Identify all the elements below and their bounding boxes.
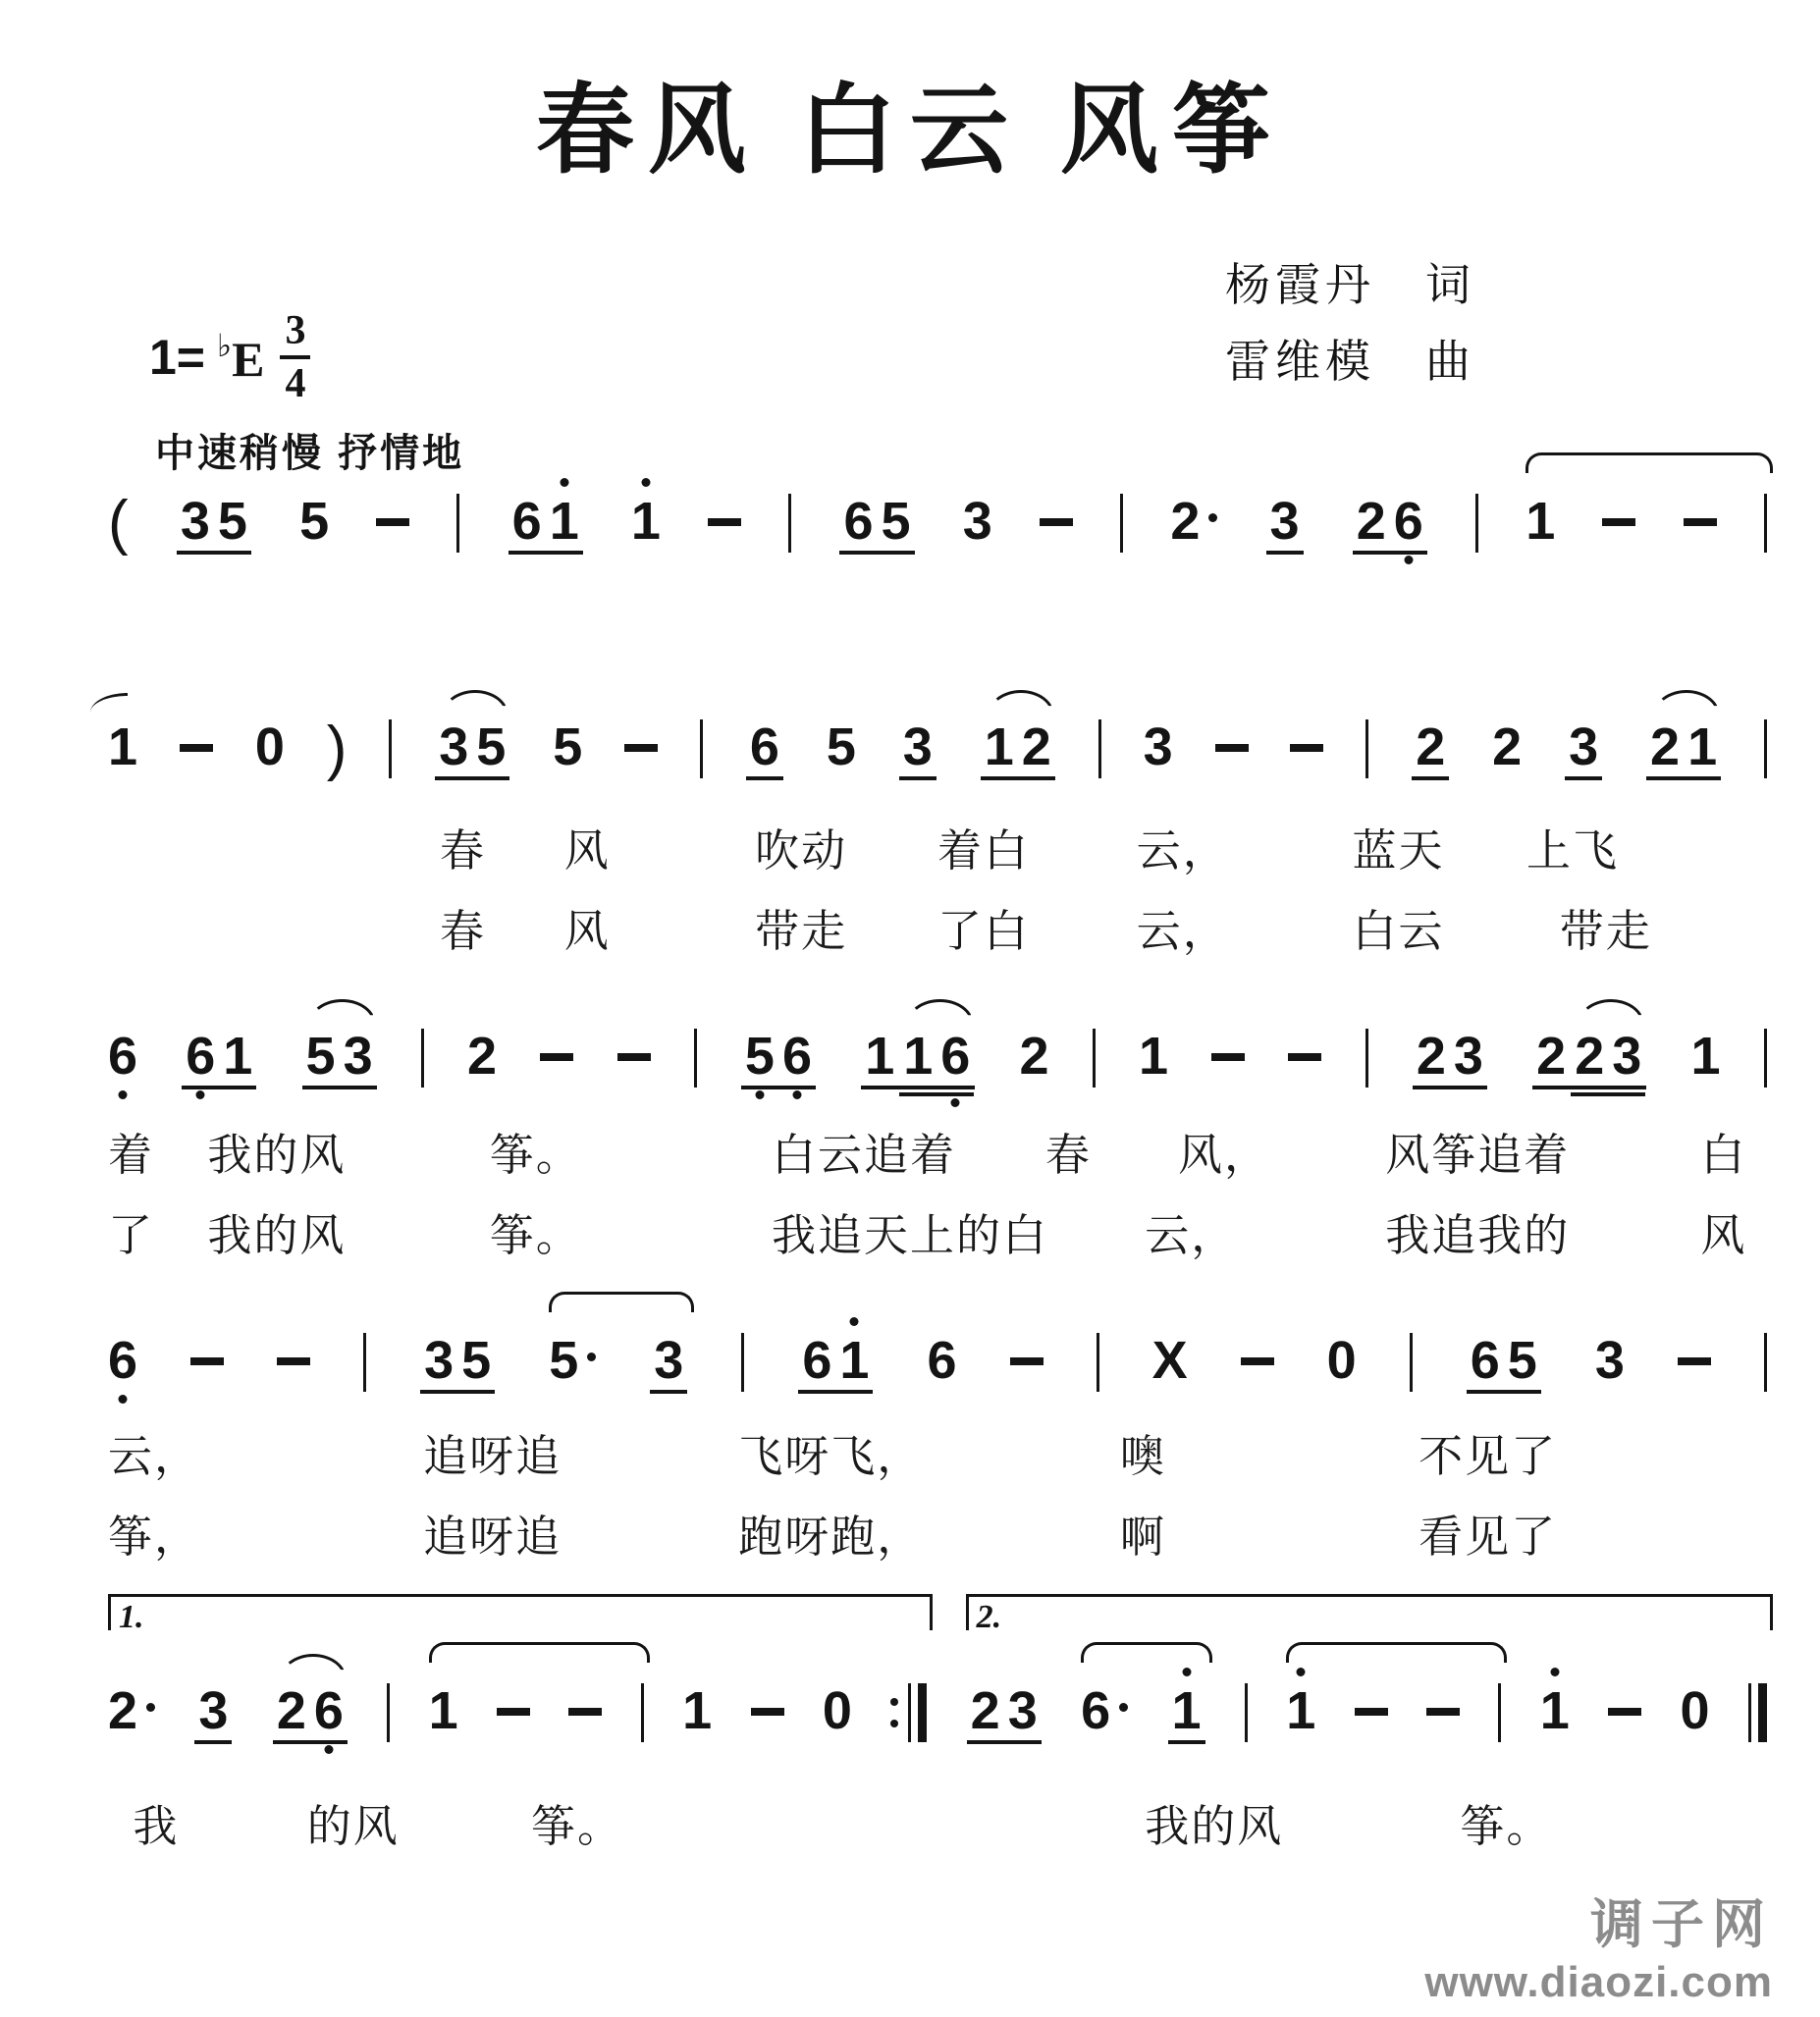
beam-group: 6 [745, 719, 784, 774]
lyrics-line2-verse2: 春风带走了白云，白云带走 [108, 903, 1767, 960]
note: 2 [1417, 1029, 1446, 1084]
rest-note: 0 [1681, 1683, 1710, 1738]
lyric-word: 我的风 [1145, 1798, 1283, 1855]
duration-dash [624, 744, 658, 752]
barline [1764, 1333, 1767, 1392]
octave-dot-below [792, 1090, 801, 1099]
lyrics-line3-verse2: 了我的风筝。我追天上的白云，我追我的风 [108, 1207, 1767, 1264]
meter-denominator: 4 [280, 359, 310, 405]
note: 1 [903, 1029, 933, 1084]
note: 1 [1687, 719, 1717, 774]
composer-credit: 雷维模 曲 [1225, 324, 1475, 400]
note: 3 [198, 1683, 228, 1738]
duration-dash [1040, 518, 1073, 526]
beam-group: 3 [649, 1333, 688, 1388]
note: 6 [927, 1333, 956, 1388]
note: 1 [429, 1683, 458, 1738]
beam-group: 23 [1570, 1029, 1646, 1084]
lyric-word: 我追我的 [1385, 1207, 1570, 1264]
lyrics-line4-verse1: 云，追呀追飞呀飞，噢不见了 [108, 1428, 1767, 1485]
note: 5 [553, 719, 582, 774]
beam-group: 26 [1352, 494, 1428, 549]
beam-group: 3 [1265, 494, 1305, 549]
note: 6 [186, 1029, 215, 1084]
note: 2 [108, 1683, 155, 1738]
key-prefix: 1= [149, 329, 205, 386]
octave-dot-above [641, 478, 650, 487]
note: 1 [108, 719, 137, 774]
slur [429, 1642, 650, 1663]
note: 2 [1170, 494, 1217, 549]
lyric-word: 风 [564, 823, 611, 879]
barline [1764, 1029, 1767, 1088]
barline [1764, 494, 1767, 553]
final-barline [1748, 1683, 1767, 1742]
note: 3 [181, 494, 210, 549]
lyric-word: 追呀追 [423, 1509, 562, 1566]
barline [1093, 1029, 1096, 1088]
lyric-word: 筝。 [531, 1798, 623, 1855]
lyrics-line4-verse2: 筝，追呀追跑呀跑，啊看见了 [108, 1509, 1767, 1566]
lyric-word: 了白 [937, 903, 1030, 960]
note: 1 [839, 1333, 869, 1388]
augmentation-dot [1208, 513, 1217, 522]
lyric-word: 筝。 [490, 1207, 582, 1264]
note: 2 [467, 1029, 497, 1084]
note: 2 [1650, 719, 1680, 774]
lyric-word: 风筝追着 [1385, 1127, 1570, 1184]
duration-dash [1426, 1708, 1460, 1716]
barline [694, 1029, 697, 1088]
lyric-word: 上飞 [1526, 823, 1619, 879]
time-signature: 3 4 [280, 309, 310, 405]
octave-dot-above [560, 478, 568, 487]
beam-group: 35 [434, 719, 510, 774]
note: 2 [1575, 1029, 1604, 1084]
note: 1 [682, 1683, 712, 1738]
lyric-word: 着白 [937, 823, 1030, 879]
x-note: X [1152, 1333, 1188, 1388]
note: 3 [1454, 1029, 1483, 1084]
duration-dash [751, 1708, 784, 1716]
note: 3 [1612, 1029, 1641, 1084]
note: 6 [1081, 1683, 1128, 1738]
barline [363, 1333, 366, 1392]
barline [389, 719, 392, 778]
barline [788, 494, 791, 553]
lyric-word: 云， [1145, 1207, 1237, 1264]
slur [988, 690, 1054, 716]
note: 5 [1508, 1333, 1537, 1388]
volta-label: 1. [119, 1599, 144, 1636]
note: 5 [306, 1029, 336, 1084]
beam-group: 35 [176, 494, 252, 549]
note: 5 [882, 494, 911, 549]
music-line-2: 10)35565312322321 [108, 672, 1767, 778]
beam-group: 21 [1645, 719, 1722, 774]
lyric-word: 春 [1045, 1127, 1092, 1184]
note: 2 [971, 1683, 1000, 1738]
sheet-music-page: 春风 白云 风筝 杨霞丹 词 雷维模 曲 1= ♭E 3 4 中速稍慢 抒情地 … [0, 0, 1820, 2017]
note: 3 [903, 719, 933, 774]
octave-dot-below [196, 1090, 205, 1099]
duration-dash [708, 518, 741, 526]
note: 2 [1416, 719, 1445, 774]
lyric-word: 云， [1137, 823, 1229, 879]
beam-group: 53 [301, 1029, 378, 1084]
octave-dot-below [119, 1090, 128, 1099]
lyric-word: 啊 [1120, 1509, 1166, 1566]
duration-dash [1355, 1708, 1388, 1716]
note: 5 [549, 1333, 596, 1388]
note: 3 [1569, 719, 1598, 774]
watermark-url: www.diaozi.com [1424, 1958, 1773, 2007]
note: 1 [865, 1029, 894, 1084]
note: 6 [1394, 494, 1423, 549]
note: 2 [1022, 719, 1051, 774]
music-line-5: 232611023611101.2. [108, 1590, 1767, 1742]
beam-group: 65 [838, 494, 915, 549]
note: 3 [1270, 494, 1300, 549]
duration-dash [617, 1053, 651, 1061]
octave-dot-below [1404, 556, 1413, 564]
octave-dot-below [755, 1090, 764, 1099]
note: 1 [1691, 1029, 1721, 1084]
lyric-word: 吹动 [755, 823, 847, 879]
octave-dot-above [850, 1317, 859, 1326]
lyric-word: 带走 [1560, 903, 1652, 960]
lyric-word: 的风 [307, 1798, 400, 1855]
beam-group: 1 [1167, 1683, 1206, 1738]
beam-group: 12 [980, 719, 1056, 774]
music-line-4: 63553616X0653 [108, 1286, 1767, 1392]
octave-dot-above [1297, 1668, 1306, 1676]
beam-group: 16 [898, 1029, 975, 1084]
beam-group: 23 [966, 1683, 1043, 1738]
lyric-word: 追呀追 [423, 1428, 562, 1485]
octave-dot-above [1182, 1668, 1191, 1676]
note: 1 [1172, 1683, 1202, 1738]
augmentation-dot [587, 1353, 596, 1361]
octave-dot-below [324, 1745, 333, 1754]
lyric-word: 风 [1700, 1207, 1746, 1264]
beam-group: 3 [193, 1683, 233, 1738]
note: 3 [1008, 1683, 1038, 1738]
slur [308, 999, 375, 1025]
lyric-word: 云， [1137, 903, 1229, 960]
note: 6 [108, 1029, 137, 1084]
lyric-word: 白云追着 [772, 1127, 956, 1184]
key-tonic: ♭E [217, 327, 264, 388]
note: 6 [750, 719, 779, 774]
rest-note: 0 [1327, 1333, 1357, 1388]
barline [700, 719, 703, 778]
note: 2 [1492, 719, 1522, 774]
rest-note: 0 [823, 1683, 852, 1738]
note: 6 [1471, 1333, 1500, 1388]
note: 1 [985, 719, 1014, 774]
note: 2 [1536, 1029, 1566, 1084]
barline [741, 1333, 744, 1392]
slur [1081, 1642, 1211, 1663]
duration-dash [277, 1357, 310, 1365]
slur [1286, 1642, 1507, 1663]
lyric-word: 白 [1700, 1127, 1746, 1184]
lyric-word: 风 [564, 903, 611, 960]
barline [1764, 719, 1767, 778]
lyric-word: 蓝天 [1353, 823, 1445, 879]
barline [456, 494, 459, 553]
beam-group: 61 [797, 1333, 874, 1388]
barline [1365, 719, 1368, 778]
octave-dot-below [119, 1395, 128, 1404]
flat-sign: ♭ [217, 328, 232, 363]
note: 6 [802, 1333, 831, 1388]
lyric-word: 带走 [755, 903, 847, 960]
end-repeat-barline [890, 1683, 927, 1742]
volta-bracket: 2. [966, 1594, 1773, 1630]
barline [641, 1683, 644, 1742]
beam-group: 61 [181, 1029, 257, 1084]
lyric-word: 飞呀飞， [738, 1428, 923, 1485]
lyric-word: 春 [440, 823, 486, 879]
slur [906, 999, 973, 1025]
beam-group: 116 [860, 1029, 976, 1084]
lyric-word: 着 [108, 1127, 154, 1184]
beam-group: 3 [1564, 719, 1603, 774]
note: 1 [550, 494, 579, 549]
note: 1 [1526, 494, 1555, 549]
barline [1245, 1683, 1248, 1742]
credits: 杨霞丹 词 雷维模 曲 [1225, 247, 1475, 400]
note: 3 [344, 1029, 373, 1084]
duration-dash [568, 1708, 602, 1716]
note: 6 [782, 1029, 812, 1084]
beam-group: 56 [740, 1029, 817, 1084]
lyric-word: 噢 [1120, 1428, 1166, 1485]
duration-dash [1241, 1357, 1274, 1365]
note: 1 [1139, 1029, 1168, 1084]
note: 6 [108, 1333, 137, 1388]
volta-label: 2. [977, 1599, 1002, 1636]
key-signature: 1= ♭E 3 4 [149, 309, 310, 405]
slur [549, 1292, 694, 1312]
lyric-word: 我 [133, 1798, 179, 1855]
note: 6 [940, 1029, 970, 1084]
duration-dash [1684, 518, 1717, 526]
rest-note: 0 [255, 719, 285, 774]
lyric-word: 春 [440, 903, 486, 960]
note: 3 [654, 1333, 683, 1388]
lyricist-credit: 杨霞丹 词 [1225, 247, 1475, 324]
note: 1 [1540, 1683, 1570, 1738]
duration-dash [1608, 1708, 1641, 1716]
lyric-word: 白云 [1353, 903, 1445, 960]
lyric-word: 我的风 [207, 1127, 346, 1184]
lyric-word: 筝， [108, 1509, 200, 1566]
barline [1097, 1333, 1099, 1392]
slur [280, 1654, 347, 1679]
beam-group: 65 [1466, 1333, 1542, 1388]
beam-group: 61 [508, 494, 584, 549]
watermark: 调子网 www.diaozi.com [1424, 1883, 1773, 2007]
lyric-word: 不见了 [1419, 1428, 1557, 1485]
barline [1098, 719, 1101, 778]
music-line-1: (35561165323261 [108, 447, 1767, 553]
note: 5 [476, 719, 506, 774]
barline [387, 1683, 390, 1742]
lyric-word: 了 [108, 1207, 154, 1264]
duration-dash [1288, 1053, 1321, 1061]
music-line-3: 6615325611621232231 [108, 982, 1767, 1088]
duration-dash [1602, 518, 1635, 526]
lyric-word: 云， [108, 1428, 200, 1485]
duration-dash [1290, 744, 1323, 752]
lyric-word: 我的风 [207, 1207, 346, 1264]
meter-numerator: 3 [280, 309, 310, 359]
octave-dot-above [1550, 1668, 1559, 1676]
note: 3 [1595, 1333, 1625, 1388]
augmentation-dot [1119, 1703, 1128, 1712]
augmentation-dot [146, 1703, 155, 1712]
slur [442, 690, 509, 716]
parenthesis: ( [108, 494, 129, 553]
duration-dash [190, 1357, 224, 1365]
note: 3 [1144, 719, 1173, 774]
beam-group: 223 [1531, 1029, 1647, 1084]
note: 5 [299, 494, 329, 549]
beam-group: 3 [898, 719, 937, 774]
lyrics-line5: 我的风筝。我的风筝。 [108, 1798, 1767, 1855]
lyric-word: 筝。 [490, 1127, 582, 1184]
duration-dash [1010, 1357, 1044, 1365]
note: 6 [843, 494, 873, 549]
note: 3 [424, 1333, 454, 1388]
note: 2 [1357, 494, 1386, 549]
note: 6 [512, 494, 542, 549]
duration-dash [1211, 1053, 1245, 1061]
lyric-word: 我追天上的白 [772, 1207, 1048, 1264]
note: 3 [963, 494, 992, 549]
note: 5 [218, 494, 247, 549]
slur [1526, 452, 1773, 473]
barline [1120, 494, 1123, 553]
beam-group: 23 [1412, 1029, 1488, 1084]
beam-group: 2 [1411, 719, 1450, 774]
lyric-word: 风， [1178, 1127, 1270, 1184]
barline [421, 1029, 424, 1088]
song-title: 春风 白云 风筝 [0, 51, 1820, 192]
slur [1653, 690, 1720, 716]
note: 6 [314, 1683, 344, 1738]
octave-dot-below [951, 1098, 960, 1107]
lyrics-line2-verse1: 春风吹动着白云，蓝天上飞 [108, 823, 1767, 879]
duration-dash [180, 744, 213, 752]
barline [1475, 494, 1478, 553]
note: 3 [439, 719, 468, 774]
duration-dash [540, 1053, 573, 1061]
duration-dash [497, 1708, 530, 1716]
watermark-site-name: 调子网 [1424, 1883, 1773, 1958]
volta-bracket: 1. [108, 1594, 933, 1630]
note: 5 [745, 1029, 775, 1084]
lyric-word: 筝。 [1460, 1798, 1552, 1855]
duration-dash [1215, 744, 1249, 752]
note: 1 [223, 1029, 252, 1084]
note: 2 [1020, 1029, 1049, 1084]
duration-dash [376, 518, 409, 526]
barline [1498, 1683, 1501, 1742]
note: 1 [1286, 1683, 1315, 1738]
barline [1365, 1029, 1368, 1088]
parenthesis: ) [327, 719, 348, 778]
beam-group: 26 [272, 1683, 348, 1738]
barline [1410, 1333, 1413, 1392]
lyric-word: 跑呀跑， [738, 1509, 923, 1566]
slur [1578, 999, 1644, 1025]
tie-continuation [90, 693, 128, 713]
note: 1 [631, 494, 661, 549]
note: 5 [461, 1333, 491, 1388]
lyrics-line3-verse1: 着我的风筝。白云追着春风，风筝追着白 [108, 1127, 1767, 1184]
lyric-word: 看见了 [1419, 1509, 1557, 1566]
note: 5 [827, 719, 856, 774]
duration-dash [1678, 1357, 1711, 1365]
beam-group: 35 [419, 1333, 496, 1388]
note: 2 [277, 1683, 306, 1738]
